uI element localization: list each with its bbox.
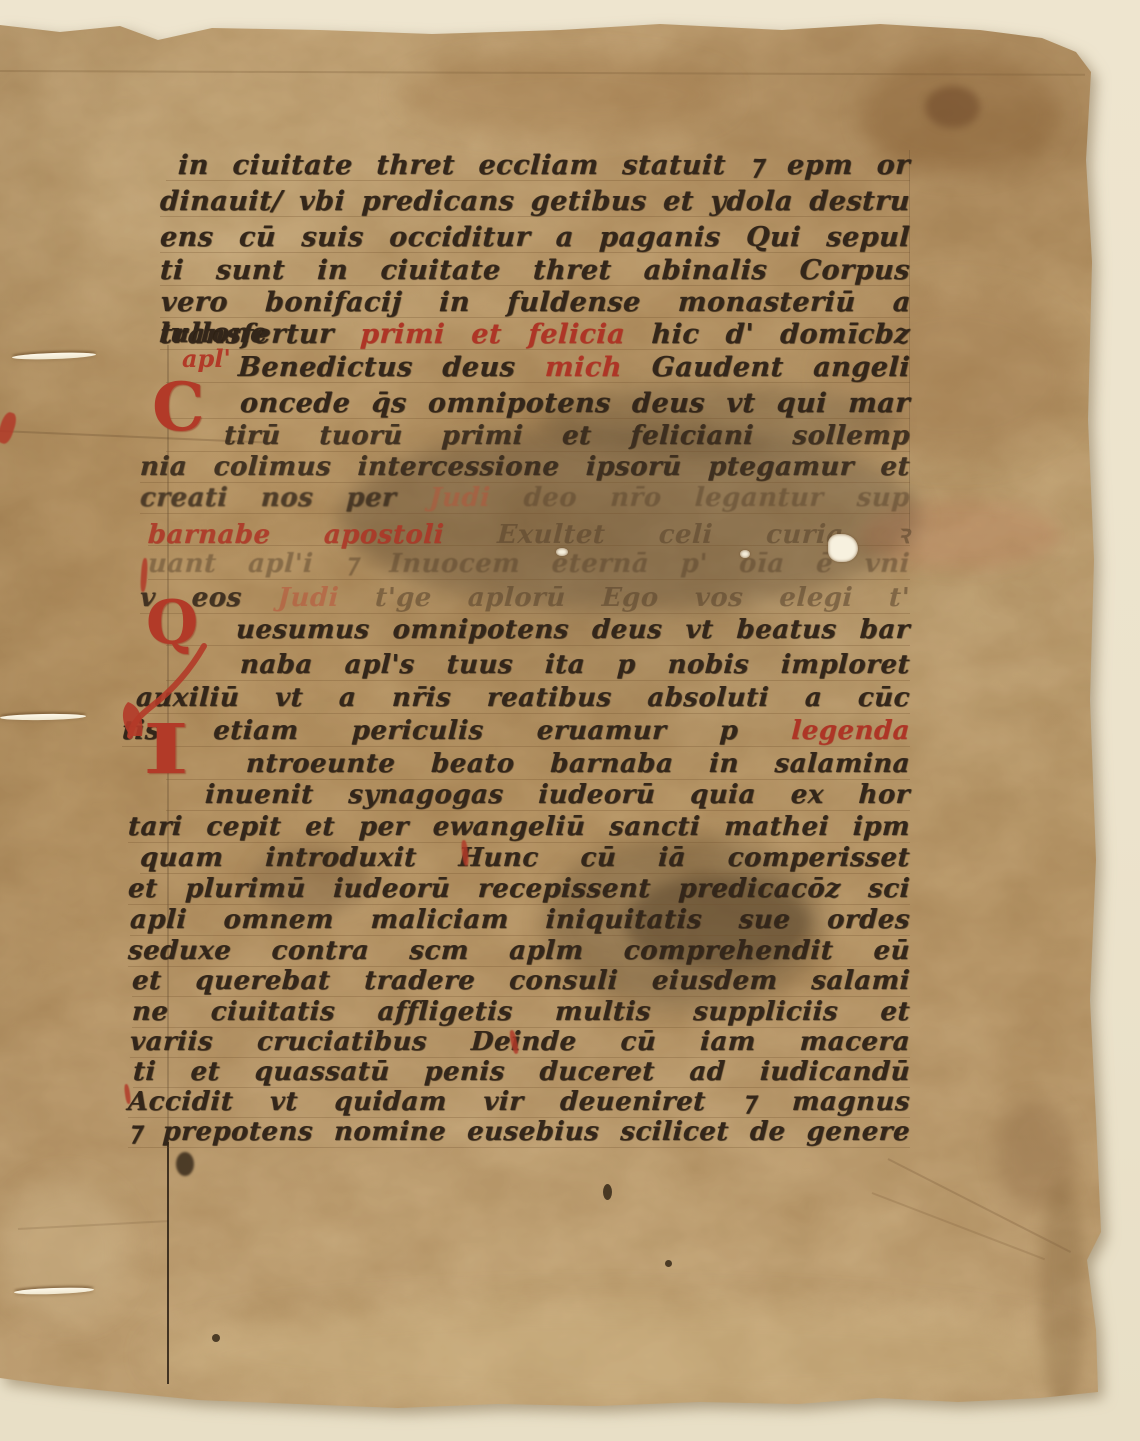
drop-cap-Q: Q [146, 596, 198, 650]
ruled-baseline [128, 1147, 910, 1148]
text-line: ntroeunte beato barnaba in salamina [245, 749, 911, 779]
drop-cap-I: I [143, 720, 189, 781]
ink-text: variis cruciatibus Deinde cū iam macera [129, 1027, 911, 1057]
ink-text: dinauit/ vbi predicans getibus et ydola … [159, 186, 911, 217]
text-line: oncede q̄s omnipotens deus vt qui mar [239, 388, 911, 419]
ink-text: hic d' domīcbz [651, 319, 911, 350]
text-line: tis etiam periculis eruamur p legenda [121, 716, 911, 746]
ink-text: ne ciuitatis affligetis multis supplicii… [131, 997, 911, 1027]
ink-text: naba apl's tuus ita p nobis imploret [239, 650, 911, 680]
text-line: v eos Judi t'ge aplorū Ego vos elegi t' [139, 583, 911, 613]
ink-text: ntroeunte beato barnaba in salamina [245, 749, 911, 779]
text-line: Benedictus deus mich Gaudent angeli [237, 352, 911, 383]
stain [400, 55, 730, 135]
parchment-leaf: in ciuitate thret eccliam statuit ⁊ epm … [0, 0, 1140, 1441]
stain [995, 1100, 1075, 1210]
ink-text: Benedictus deus [237, 352, 546, 383]
crease-line [18, 1220, 168, 1230]
ruled-baseline [140, 613, 910, 614]
stain [1040, 1180, 1085, 1410]
rubric-text: primi et felicia [359, 319, 652, 350]
manuscript-photo: in ciuitate thret eccliam statuit ⁊ epm … [0, 0, 1140, 1441]
ink-text: quam introduxit Hunc cū iā comperisset [139, 843, 911, 873]
ink-text: uant apl'i ⁊ Inuocem eternā p' oīa ē vni [147, 549, 911, 579]
drop-cap-C: C [152, 378, 205, 437]
ink-text: seduxe contra scm aplm comprehendit eū [127, 936, 911, 966]
stain [150, 1300, 1090, 1410]
ruled-baseline [140, 513, 910, 514]
text-line: ens cū suis occiditur a paganis Qui sepu… [159, 222, 911, 253]
ink-text: Accidit vt quidam vir deueniret ⁊ magnus [127, 1087, 911, 1117]
ruled-baseline [136, 713, 910, 714]
ink-speck [212, 1334, 220, 1342]
text-line: quam introduxit Hunc cū iā comperisset [139, 843, 911, 873]
ink-text: ens cū suis occiditur a paganis Qui sepu… [159, 222, 911, 253]
ink-text: creati nos per [139, 483, 430, 513]
rubric-text: mich [544, 352, 652, 383]
ink-text: tari cepit et per ewangeliū sancti mathe… [127, 812, 911, 842]
crease-line [872, 1192, 1045, 1260]
ink-text: ti sunt in ciuitate thret abinalis Corpu… [159, 255, 911, 286]
ruled-baseline [122, 746, 910, 747]
ruled-baseline [166, 645, 910, 646]
text-line: transfertur primi et felicia hic d' domī… [159, 319, 911, 350]
crease-line [0, 70, 1085, 76]
text-line: barnabe apostoli Exultet celi curia ꝛ [147, 515, 911, 551]
ink-text: et plurimū iudeorū recepissent predicacō… [127, 874, 911, 904]
ink-text: inuenit synagogas iudeorū quia ex hor [204, 780, 911, 810]
rubric-text: legenda [791, 716, 911, 746]
text-line: tirū tuorū primi et feliciani sollemp [223, 421, 911, 451]
ink-text: Gaudent angeli [651, 352, 911, 383]
ink-text: tis etiam periculis eruamur p [121, 716, 792, 746]
text-line: uant apl'i ⁊ Inuocem eternā p' oīa ē vni [147, 549, 911, 579]
stain [925, 86, 980, 128]
ink-speck [603, 1184, 612, 1200]
ink-text: t'ge aplorū Ego vos elegi t' [374, 583, 910, 613]
text-line: auxiliū vt a nr̄is reatibus absoluti a c… [135, 683, 911, 713]
ink-text: deo nr̄o legantur sup [523, 483, 911, 513]
ink-text: et querebat tradere consuli eiusdem sala… [131, 966, 911, 996]
text-line: uesumus omnipotens deus vt beatus bar [235, 615, 911, 645]
text-line: tari cepit et per ewangeliū sancti mathe… [127, 812, 911, 842]
ruled-baseline [148, 579, 910, 580]
ink-text: tirū tuorū primi et feliciani sollemp [223, 421, 911, 451]
text-line: nia colimus intercessione ipsorū ptegamu… [139, 452, 911, 482]
text-line: ne ciuitatis affligetis multis supplicii… [131, 997, 911, 1027]
worm-hole [740, 550, 750, 558]
ink-text: apli omnem maliciam iniquitatis sue orde… [129, 905, 911, 935]
worm-hole [828, 534, 858, 562]
rubric-text: Judi [429, 483, 525, 513]
crease-line [888, 1158, 1072, 1253]
text-line: in ciuitate thret eccliam statuit ⁊ epm … [177, 150, 911, 181]
marginal-rubric: apl' [182, 344, 231, 373]
ruled-baseline [166, 680, 910, 681]
text-line: ti et quassatū penis duceret ad iudicand… [132, 1057, 911, 1087]
ink-text: auxiliū vt a nr̄is reatibus absoluti a c… [135, 683, 911, 713]
ink-text: nia colimus intercessione ipsorū ptegamu… [139, 452, 911, 482]
stain [176, 1152, 194, 1176]
text-line: seduxe contra scm aplm comprehendit eū [127, 936, 911, 966]
ruled-baseline [166, 810, 910, 811]
ink-text: oncede q̄s omnipotens deus vt qui mar [239, 388, 911, 419]
text-line: dinauit/ vbi predicans getibus et ydola … [159, 186, 911, 217]
ink-text: in ciuitate thret eccliam statuit ⁊ epm … [177, 150, 911, 181]
red-paraph-mark [0, 411, 19, 446]
stain [0, 1180, 130, 1320]
text-line: ti sunt in ciuitate thret abinalis Corpu… [159, 255, 911, 286]
text-line: ⁊ prepotens nomine eusebius scilicet de … [127, 1117, 911, 1147]
text-line: et plurimū iudeorū recepissent predicacō… [127, 874, 911, 904]
ink-text: uesumus omnipotens deus vt beatus bar [235, 615, 911, 645]
vertical-ruling [167, 1142, 169, 1384]
rubric-text: Judi [277, 583, 376, 613]
ink-text: ti et quassatū penis duceret ad iudicand… [132, 1057, 911, 1087]
text-line: Accidit vt quidam vir deueniret ⁊ magnus [127, 1087, 911, 1117]
text-line: naba apl's tuus ita p nobis imploret [239, 650, 911, 680]
ink-text: ⁊ prepotens nomine eusebius scilicet de … [127, 1117, 911, 1147]
ink-speck [665, 1260, 672, 1267]
text-line: apli omnem maliciam iniquitatis sue orde… [129, 905, 911, 935]
text-line: variis cruciatibus Deinde cū iam macera [129, 1027, 911, 1057]
rubric-text: barnabe apostoli [147, 520, 498, 550]
text-line: et querebat tradere consuli eiusdem sala… [131, 966, 911, 996]
parchment-surface: in ciuitate thret eccliam statuit ⁊ epm … [0, 0, 1140, 1441]
text-line: inuenit synagogas iudeorū quia ex hor [204, 780, 911, 810]
text-line: creati nos per Judi deo nr̄o legantur su… [139, 483, 911, 513]
worm-hole [556, 548, 568, 556]
